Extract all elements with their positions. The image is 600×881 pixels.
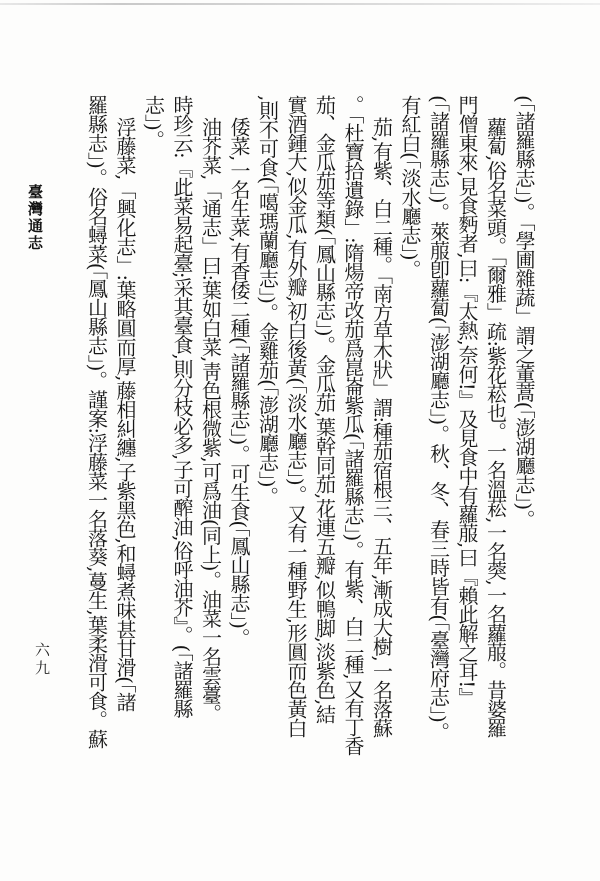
text-column-6-entry-qie: 茄,有紫、白二種。「南方草木狀」謂:種茄宿根三、五年,漸成大樹,一名落蘇 [367,95,396,843]
text-column-4: (「諸羅縣志」)。萊菔卽蘿蔔(「澎湖廳志」)。秋、冬、春三時皆有(「臺灣府志」)… [424,95,453,821]
text-column-9: 實酒鍾大,似金瓜,有外瓣,初白後黃(「淡水廳志」)。又有一種野生,形圓而色黃白 [282,95,311,821]
text-column-5: 有紅白(「淡水廳志」)。 [396,95,425,821]
text-column-10: ,則不可食(「噶瑪蘭廳志」)。金雞茄(「澎湖廳志」)。 [253,95,282,821]
text-column-8: 茄、金瓜茄等類(「鳳山縣志」)。金瓜茄,葉幹同茄,花連五瓣,似鴨脚,淡紫色,結 [310,95,339,821]
scanned-book-page: 臺灣通志 六九 (「諸羅縣志」)。「學圃雜蔬」謂之董蒿(「澎湖廳志」)。 蘿蔔,… [0,0,600,881]
text-column-2-entry-luobo: 蘿蔔,俗名菜頭。「爾雅」疏:紫花菘也。一名溫菘,一名葖,一名蘿菔。昔婆羅 [481,95,510,843]
text-column-3: 門僧東來,見食麪者,曰:『太熱,奈何!』及見食中有蘿菔,曰『賴此解之耳!』 [453,95,482,821]
book-spine-title: 臺灣通志 [25,184,46,252]
text-column-1: (「諸羅縣志」)。「學圃雜蔬」謂之董蒿(「澎湖廳志」)。 [510,95,539,821]
text-body: (「諸羅縣志」)。「學圃雜蔬」謂之董蒿(「澎湖廳志」)。 蘿蔔,俗名菜頭。「爾雅… [82,95,538,821]
text-column-16: 羅縣志」)。俗名蟳菜(「鳳山縣志」)。謹案:浮藤菜一名落葵,蔓生,葉柔滑可食。蘇 [82,95,111,821]
text-column-15-entry-futengcai: 浮藤菜,「興化志」:葉略圓而厚,藤相糾纏,子紫黑色,和蟳煮味甚甘滑(「諸 [111,95,140,843]
text-column-14: 志」)。 [139,95,168,821]
page-number: 六九 [32,642,53,678]
scan-artifact-line [0,3,600,5]
text-column-7: 。「杜寶拾遺錄」:隋煬帝改茄爲崑崙紫瓜(「諸羅縣志」)。有紫、白二種,又有丁香 [339,95,368,821]
text-column-12-entry-youjiecai: 油芥菜,「通志」曰:葉如白菜,靑色根微紫,可爲油(同上)。油菜一名雲薹。 [196,95,225,843]
text-column-13: 時珍云:『此菜易起臺;采其臺食,則分枝必多,子可醡油,俗呼油芥』。(「諸羅縣 [168,95,197,821]
text-column-11-entry-wocai: 倭菜,一名生菜,有香倭二種(「諸羅縣志」)。可生食(「鳳山縣志」)。 [225,95,254,843]
